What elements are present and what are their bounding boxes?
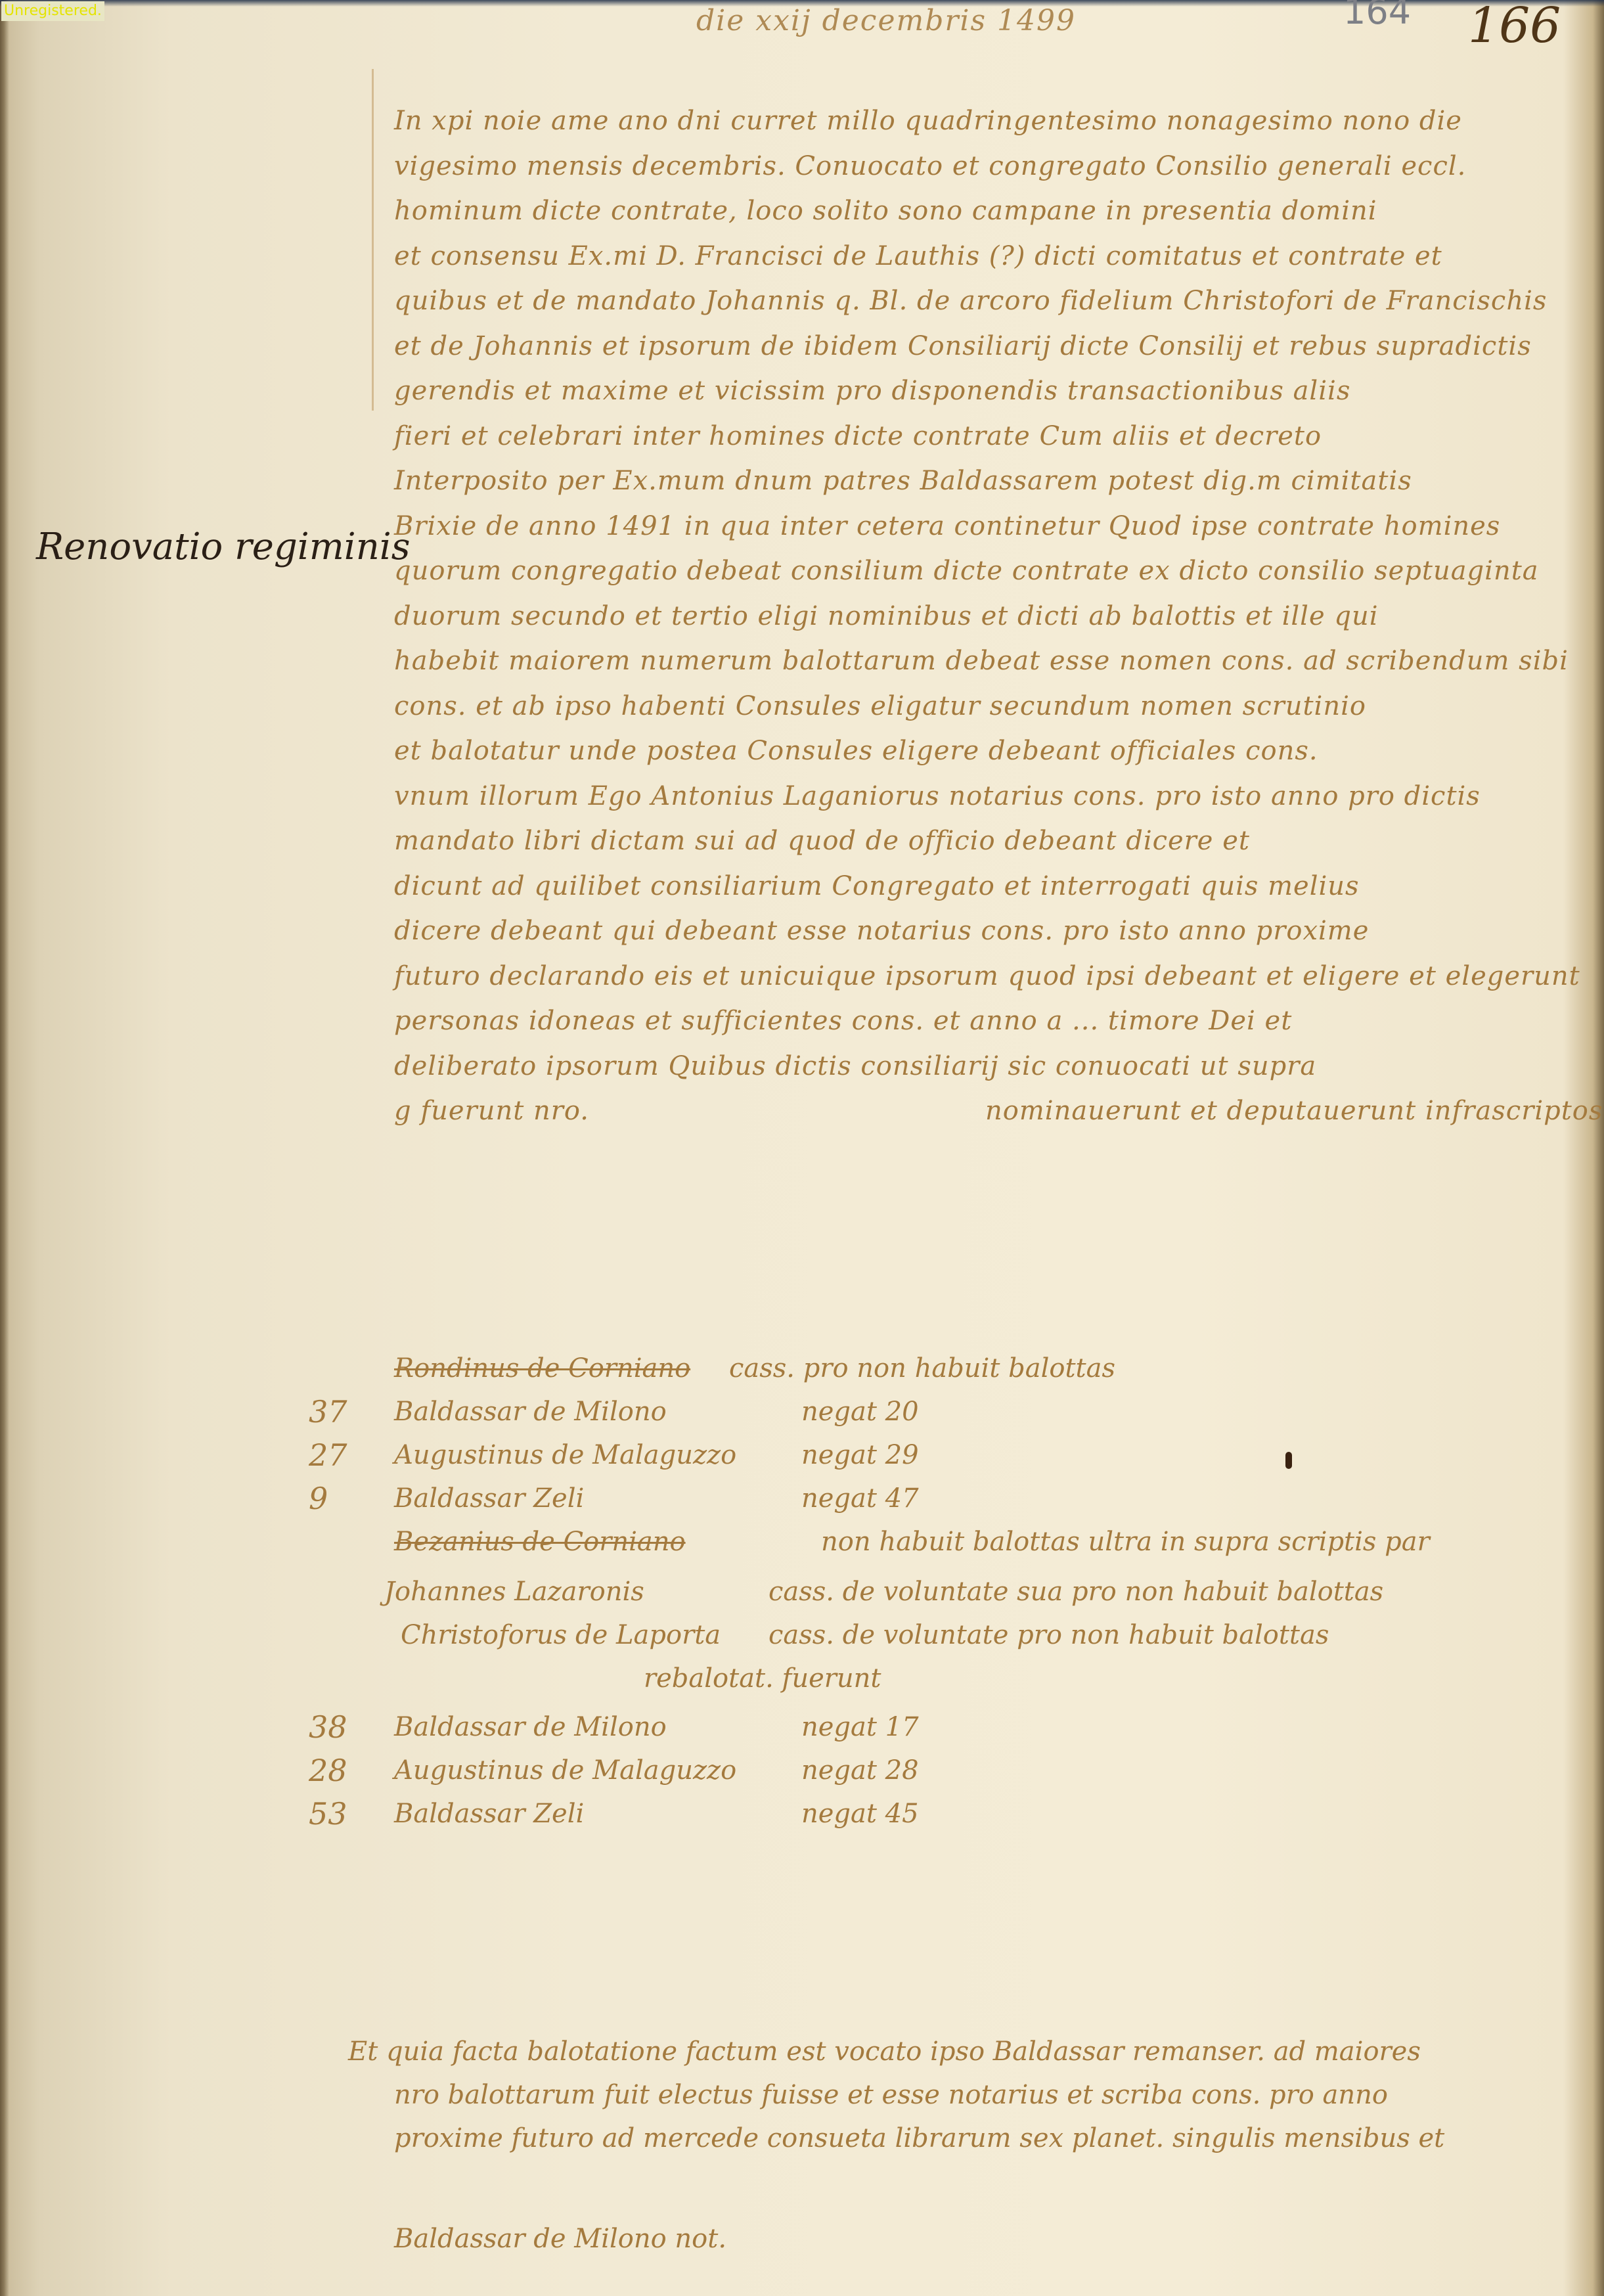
ballot-row: 27 Augustinus de Malaguzzo negat 29: [309, 1433, 1491, 1477]
text-line: habebit maiorem numerum balottarum debea…: [394, 639, 1524, 684]
ballot-result: negat 17: [801, 1705, 919, 1749]
candidate-name: Johannes Lazaronis: [384, 1570, 644, 1613]
text-line: et balotatur unde postea Consules eliger…: [394, 729, 1524, 774]
reballot-heading-row: rebalotat. fuerunt: [309, 1657, 1491, 1700]
ballot-row: 37 Baldassar de Milono negat 20: [309, 1390, 1491, 1433]
text-line: et de Johannis et ipsorum de ibidem Cons…: [394, 324, 1524, 369]
ballot-result: cass. pro non habuit balottas: [729, 1347, 1115, 1390]
candidate-name: Baldassar de Milono: [394, 1390, 667, 1433]
text-line: dicere debeant qui debeant esse notarius…: [394, 909, 1524, 954]
text-line-last-left: g fuerunt nro.: [394, 1096, 589, 1126]
ballot-row: Johannes Lazaronis cass. de voluntate su…: [309, 1570, 1491, 1613]
ballot-result: non habuit balottas ultra in supra scrip…: [821, 1520, 1430, 1564]
candidate-name: Baldassar de Milono: [394, 1705, 667, 1749]
candidate-name: Christoforus de Laporta: [401, 1613, 721, 1657]
ballot-count: 37: [309, 1390, 381, 1433]
ballot-row: 9 Baldassar Zeli negat 47: [309, 1477, 1491, 1520]
text-line: vnum illorum Ego Antonius Laganiorus not…: [394, 774, 1524, 819]
ballot-count: 53: [309, 1792, 381, 1835]
text-line: cons. et ab ipso habenti Consules eligat…: [394, 684, 1524, 729]
ballot-count: 9: [309, 1477, 381, 1520]
ballot-result: negat 45: [801, 1792, 919, 1835]
text-line: futuro declarando eis et unicuique ipsor…: [394, 954, 1524, 999]
folio-number-pencil: 164: [1343, 0, 1411, 32]
text-line: et consensu Ex.mi D. Francisci de Lauthi…: [394, 234, 1524, 279]
ballot-result: negat 29: [801, 1433, 919, 1477]
ballot-result: negat 47: [801, 1477, 919, 1520]
candidate-name: Rondinus de Corniano: [394, 1347, 690, 1390]
ballot-row: Bezanius de Corniano non habuit balottas…: [309, 1520, 1491, 1564]
ballot-count: 28: [309, 1749, 381, 1792]
text-line: duorum secundo et tertio eligi nominibus…: [394, 594, 1524, 639]
unregistered-watermark: Unregistered.: [1, 1, 104, 21]
candidate-name: Augustinus de Malaguzzo: [394, 1433, 736, 1477]
ballot-row: 28 Augustinus de Malaguzzo negat 28: [309, 1749, 1491, 1792]
text-line: vigesimo mensis decembris. Conuocato et …: [394, 144, 1524, 189]
text-line-last-right: nominauerunt et deputauerunt infrascript…: [985, 1089, 1603, 1134]
candidate-name: Baldassar Zeli: [394, 1477, 584, 1520]
closing-paragraph: Et quia facta balotatione factum est voc…: [348, 2030, 1544, 2160]
text-line: dicunt ad quilibet consiliarium Congrega…: [394, 864, 1524, 909]
margin-rule: [372, 69, 374, 411]
header-date: die xxij decembris 1499: [696, 4, 1076, 37]
text-line: hominum dicte contrate, loco solito sono…: [394, 189, 1524, 234]
text-line: quorum congregatio debeat consilium dict…: [394, 549, 1524, 594]
text-line: Et quia facta balotatione factum est voc…: [348, 2030, 1544, 2073]
ballot-row: Rondinus de Corniano cass. pro non habui…: [309, 1347, 1491, 1390]
text-line: gerendis et maxime et vicissim pro dispo…: [394, 369, 1524, 414]
ballot-count: 27: [309, 1433, 381, 1477]
text-line-last: g fuerunt nro. nominauerunt et deputauer…: [394, 1089, 1524, 1134]
text-line: In xpi noie ame ano dni curret millo qua…: [394, 99, 1524, 144]
margin-note-renovatio: Renovatio regiminis: [36, 526, 410, 568]
text-line: deliberato ipsorum Quibus dictis consili…: [394, 1044, 1524, 1089]
ink-blot: [1285, 1452, 1292, 1469]
first-ballot-list: Rondinus de Corniano cass. pro non habui…: [309, 1347, 1491, 1835]
text-line: quibus et de mandato Johannis q. Bl. de …: [394, 279, 1524, 324]
ballot-result: cass. de voluntate sua pro non habuit ba…: [769, 1570, 1383, 1613]
text-line: Interposito per Ex.mum dnum patres Balda…: [394, 459, 1524, 504]
ballot-row: 38 Baldassar de Milono negat 17: [309, 1705, 1491, 1749]
text-line: personas idoneas et sufficientes cons. e…: [394, 999, 1524, 1044]
candidate-name: Baldassar Zeli: [394, 1792, 584, 1835]
candidate-name: Bezanius de Corniano: [394, 1520, 686, 1564]
reballot-heading: rebalotat. fuerunt: [644, 1657, 881, 1700]
text-line: proxime futuro ad mercede consueta libra…: [348, 2117, 1544, 2160]
ballot-row: 53 Baldassar Zeli negat 45: [309, 1792, 1491, 1835]
text-line: fieri et celebrari inter homines dicte c…: [394, 414, 1524, 459]
ballot-count: 38: [309, 1705, 381, 1749]
candidate-name: Augustinus de Malaguzzo: [394, 1749, 736, 1792]
text-line: nro balottarum fuit electus fuisse et es…: [348, 2073, 1544, 2117]
folio-number-ink: 166: [1468, 0, 1561, 54]
ballot-result: cass. de voluntate pro non habuit balott…: [769, 1613, 1329, 1657]
ballot-result: negat 20: [801, 1390, 919, 1433]
ballot-result: negat 28: [801, 1749, 919, 1792]
main-paragraph: In xpi noie ame ano dni curret millo qua…: [394, 99, 1524, 1134]
ballot-row: Christoforus de Laporta cass. de volunta…: [309, 1613, 1491, 1657]
final-signature-line: Baldassar de Milono not.: [394, 2224, 726, 2254]
text-line: mandato libri dictam sui ad quod de offi…: [394, 819, 1524, 864]
text-line: Brixie de anno 1491 in qua inter cetera …: [394, 504, 1524, 549]
